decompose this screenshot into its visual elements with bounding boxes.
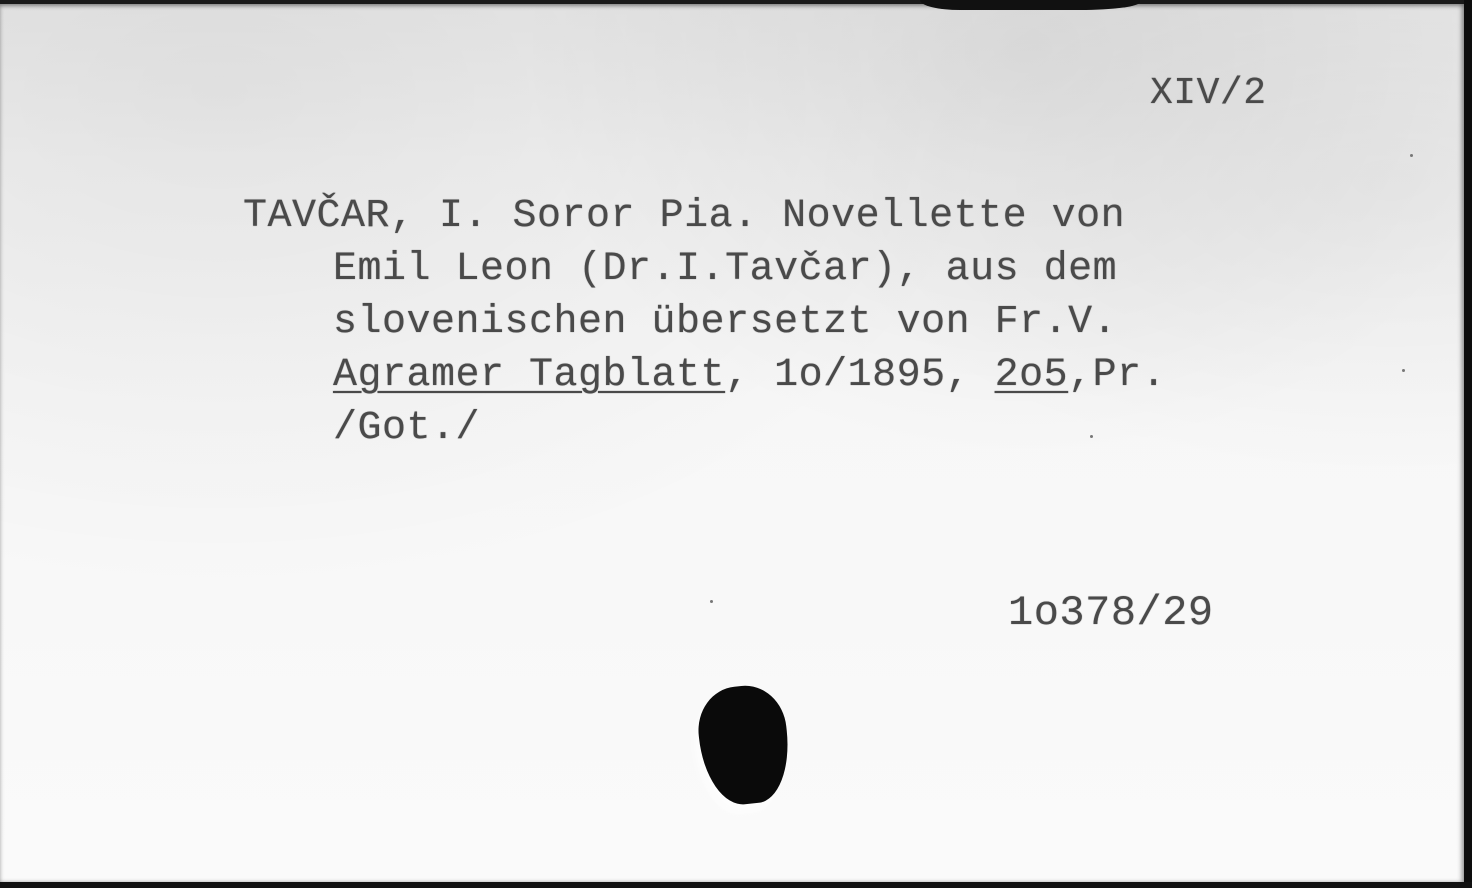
hole-punch-icon (694, 682, 794, 809)
source-title: Agramer Tagblatt (333, 353, 725, 398)
call-number: XIV/2 (1150, 72, 1267, 115)
source-date: , 1o/1895, (725, 353, 995, 398)
entry-note-line: /Got./ (333, 406, 480, 451)
entry-translation-line: slovenischen übersetzt von Fr.V. (333, 300, 1117, 345)
accession-number: 1o378/29 (1008, 589, 1214, 637)
entry-heading-line: TAVČAR, I. Soror Pia. Novellette von (243, 194, 1125, 239)
entry-author-line: Emil Leon (Dr.I.Tavčar), aus dem (333, 247, 1117, 292)
ink-speck (710, 600, 713, 603)
catalog-card: XIV/2 TAVČAR, I. Soror Pia. Novellette v… (0, 4, 1464, 882)
ink-speck (1402, 369, 1405, 372)
source-suffix: ,Pr. (1068, 353, 1166, 398)
ink-speck (1090, 435, 1093, 438)
source-issue: 2o5 (995, 353, 1069, 398)
card-top-edge-shadow (920, 0, 1140, 10)
ink-speck (1410, 154, 1413, 157)
card-right-edge (1464, 0, 1472, 888)
entry-source-line: Agramer Tagblatt, 1o/1895, 2o5,Pr. (333, 353, 1166, 398)
card-bottom-edge (0, 882, 1472, 888)
